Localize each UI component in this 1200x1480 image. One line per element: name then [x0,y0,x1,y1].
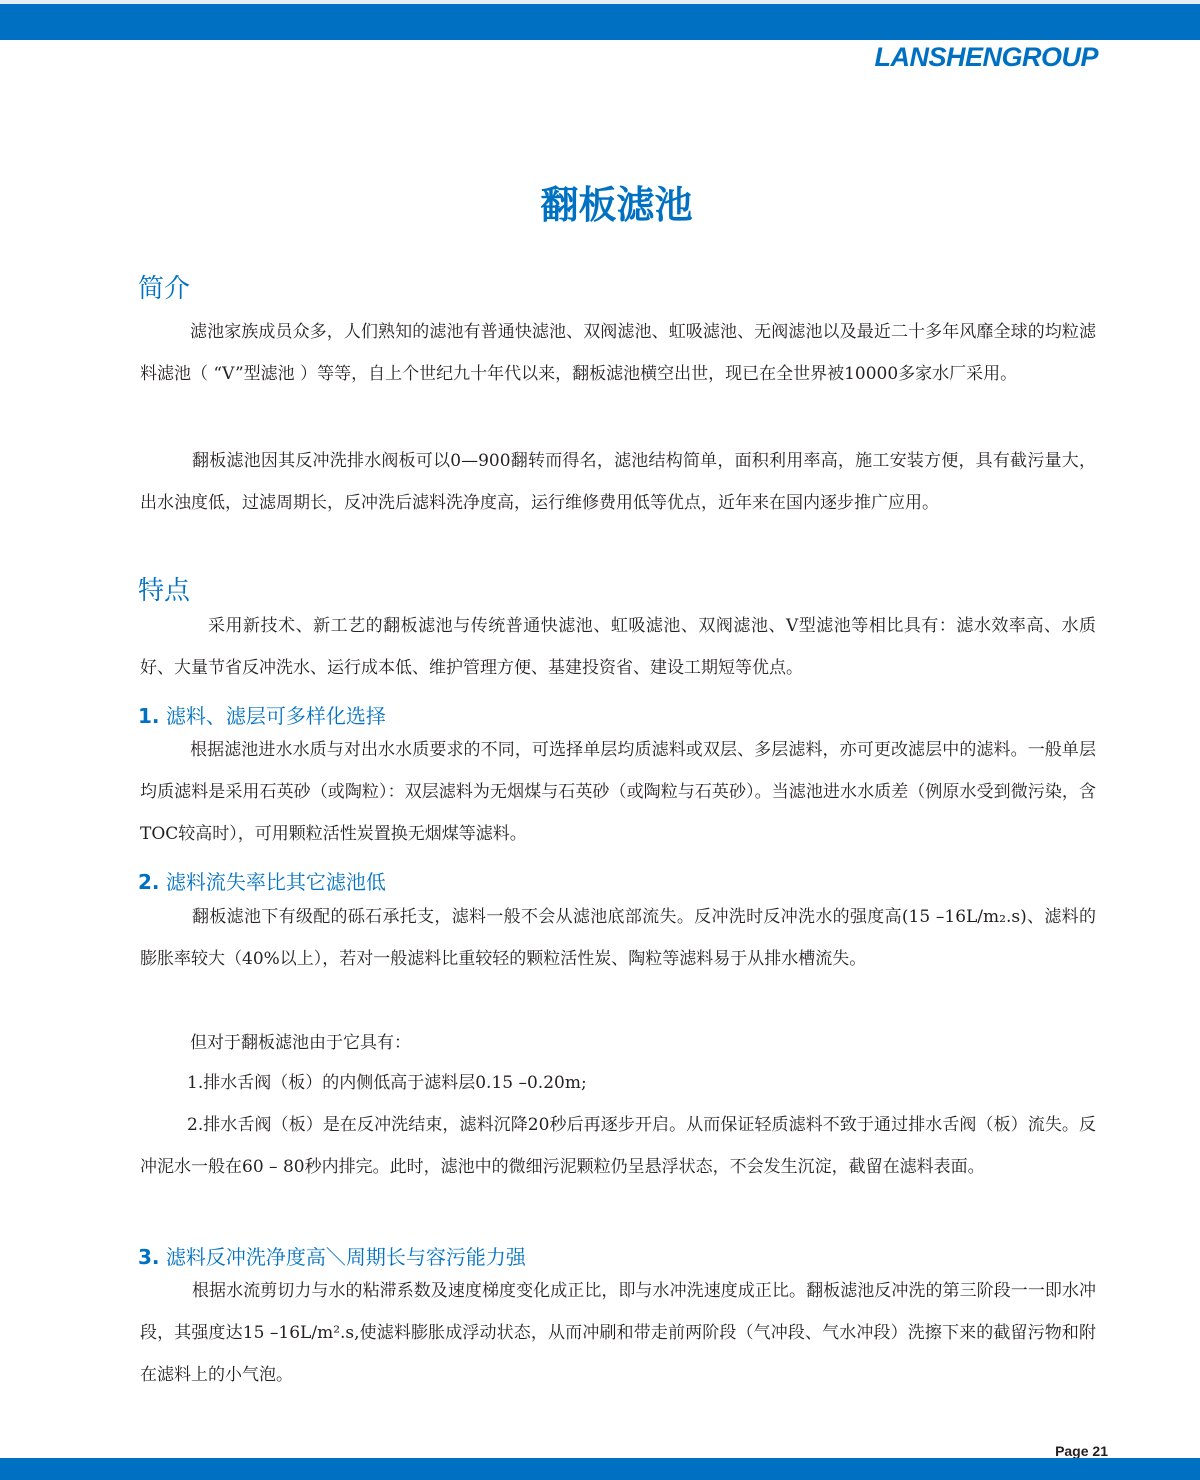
feature-2-list-item-2: 2.排水舌阀（板）是在反冲洗结束，滤料沉降20秒后再逐步开启。从而保证轻质滤料不… [140,1104,1096,1188]
intro-paragraph-2: 翻板滤池因其反冲洗排水阀板可以0—900翻转而得名，滤池结构简单，面积利用率高，… [140,440,1096,524]
feature-3-paragraph: 根据水流剪切力与水的粘滞系数及速度梯度变化成正比，即与水冲洗速度成正比。翻板滤池… [140,1270,1096,1396]
feature-1-paragraph: 根据滤池进水水质与对出水水质要求的不同，可选择单层均质滤料或双层、多层滤料，亦可… [140,729,1096,855]
feature-heading-3: 3. 滤料反冲洗净度高＼周期长与容污能力强 [138,1241,526,1270]
feature-number-3: 3. [138,1245,160,1269]
feature-2-paragraph-2: 但对于翻板滤池由于它具有： [140,1022,1096,1064]
features-paragraph: 采用新技术、新工艺的翻板滤池与传统普通快滤池、虹吸滤池、双阀滤池、V型滤池等相比… [140,605,1096,689]
feature-heading-2: 2. 滤料流失率比其它滤池低 [138,866,386,895]
feature-2-list-item-1: 1.排水舌阀（板）的内侧低高于滤料层0.15 –0.20m; [140,1062,1096,1104]
feature-2-paragraph-1: 翻板滤池下有级配的砾石承托支，滤料一般不会从滤池底部流失。反冲洗时反冲洗水的强度… [140,896,1096,980]
header-bar [0,4,1200,40]
feature-title-1: 滤料、滤层可多样化选择 [166,704,386,728]
page-number: Page 21 [1055,1443,1108,1459]
brand-logo: LANSHENGROUP [874,42,1098,73]
feature-heading-1: 1. 滤料、滤层可多样化选择 [138,700,386,729]
section-heading-intro: 简介 [138,268,190,305]
page-title: 翻板滤池 [0,174,1200,229]
feature-title-2: 滤料流失率比其它滤池低 [166,870,386,894]
footer-bar [0,1458,1200,1480]
feature-title-3: 滤料反冲洗净度高＼周期长与容污能力强 [166,1245,526,1269]
feature-number-1: 1. [138,704,160,728]
section-heading-features: 特点 [138,570,190,607]
feature-number-2: 2. [138,870,160,894]
intro-paragraph-1: 滤池家族成员众多，人们熟知的滤池有普通快滤池、双阀滤池、虹吸滤池、无阀滤池以及最… [140,311,1096,395]
